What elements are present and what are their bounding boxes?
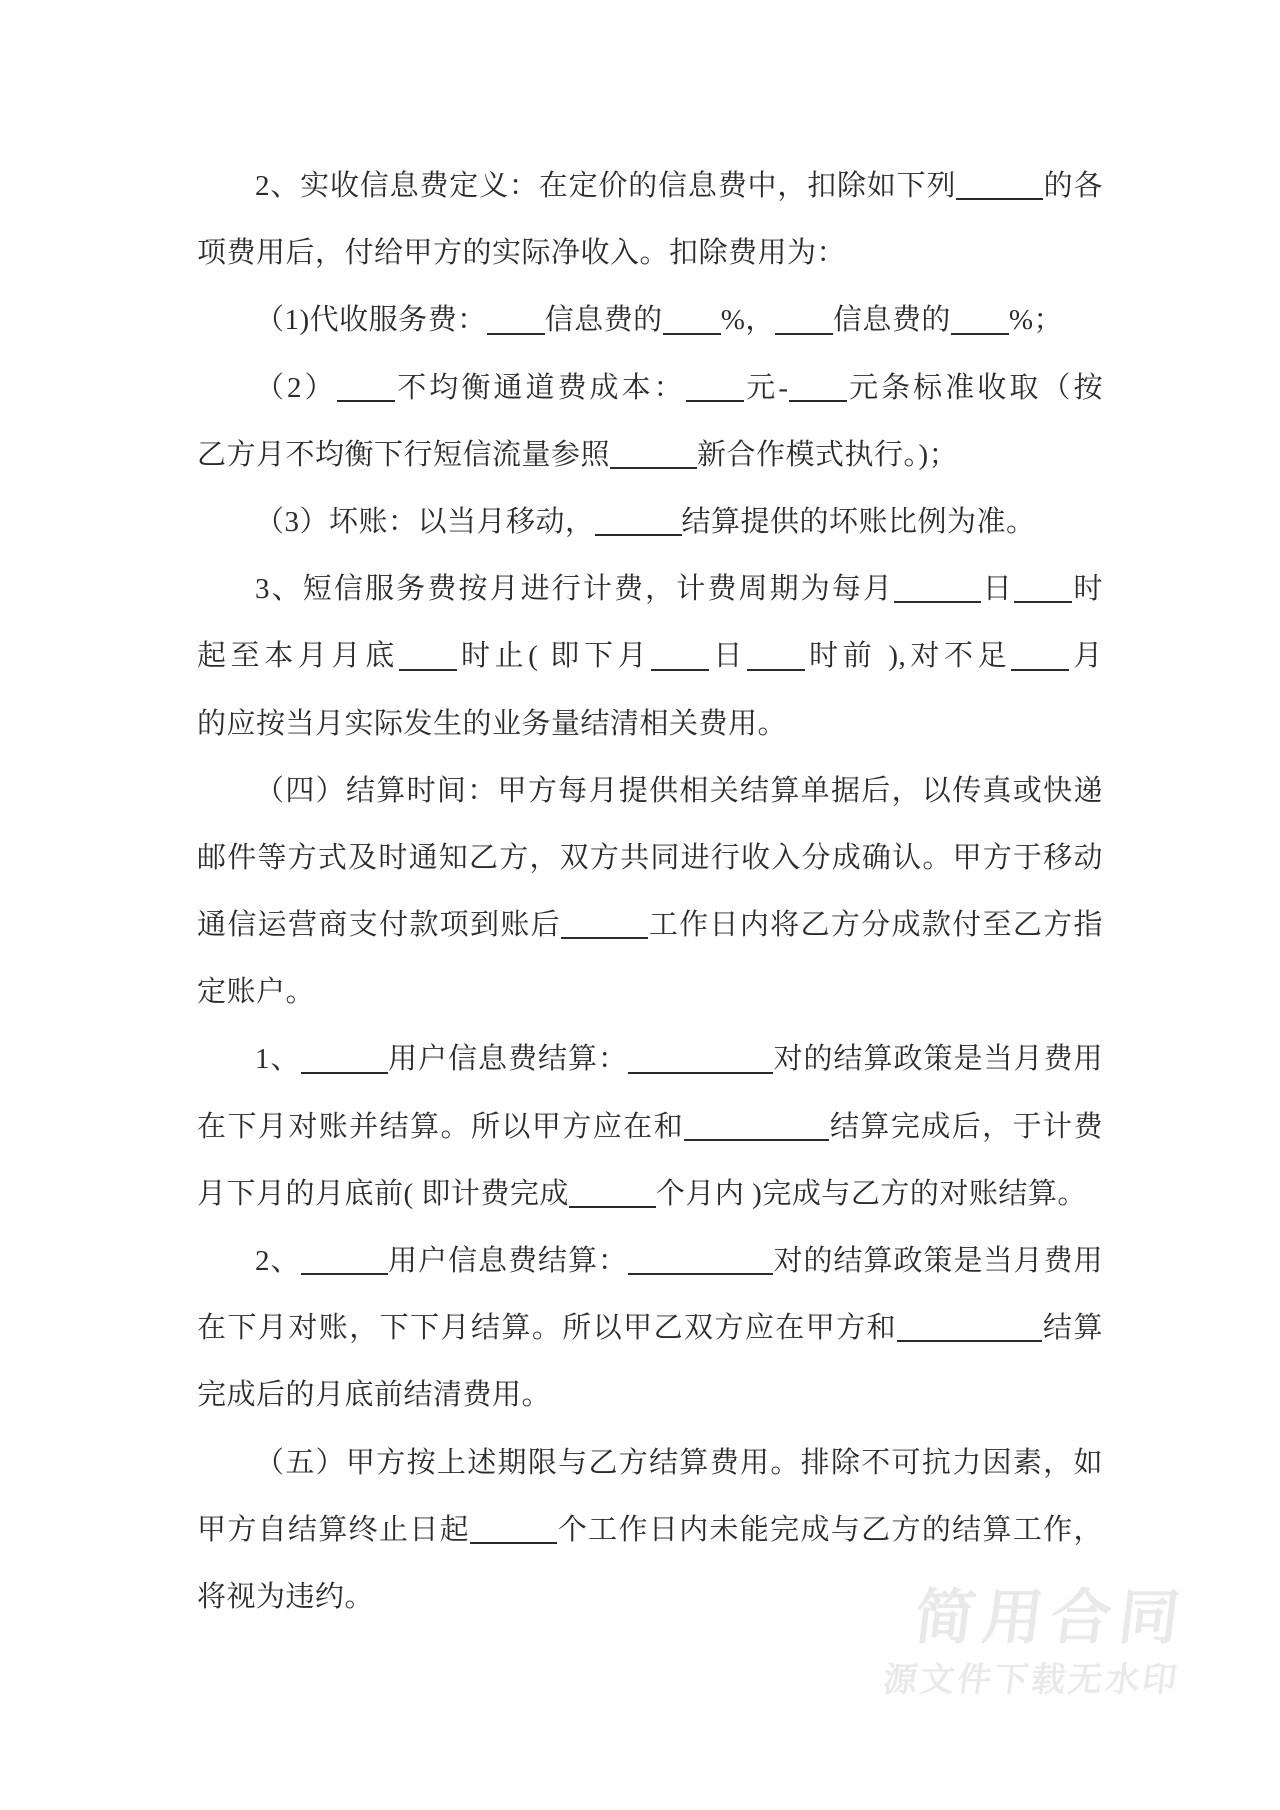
doc-line: 在下月对账并结算。所以甲方应在和结算完成后，于计费 bbox=[197, 1094, 1103, 1161]
doc-line: 完成后的月底前结清费用。 bbox=[197, 1362, 1103, 1429]
fill-in-blank bbox=[337, 371, 395, 402]
fill-in-blank bbox=[686, 371, 744, 402]
fill-in-blank bbox=[663, 304, 721, 335]
fill-in-blank bbox=[628, 1244, 773, 1275]
fill-in-blank bbox=[1014, 572, 1072, 603]
fill-in-blank bbox=[651, 640, 709, 671]
fill-in-blank bbox=[610, 438, 697, 469]
fill-in-blank bbox=[399, 640, 457, 671]
doc-line: （1)代收服务费：信息费的%，信息费的%； bbox=[197, 287, 1103, 354]
fill-in-blank bbox=[470, 1513, 557, 1544]
fill-in-blank bbox=[301, 1043, 388, 1074]
doc-line: 定账户。 bbox=[197, 959, 1103, 1026]
doc-line: 2、用户信息费结算：对的结算政策是当月费用 bbox=[197, 1228, 1103, 1295]
doc-line: 在下月对账，下下月结算。所以甲乙双方应在甲方和结算 bbox=[197, 1295, 1103, 1362]
fill-in-blank bbox=[747, 640, 805, 671]
fill-in-blank bbox=[897, 1311, 1042, 1342]
doc-line: 乙方月不均衡下行短信流量参照新合作模式执行。)； bbox=[197, 422, 1103, 489]
fill-in-blank bbox=[569, 1177, 656, 1208]
doc-line: 2、实收信息费定义：在定价的信息费中，扣除如下列的各 bbox=[197, 153, 1103, 220]
watermark-subtitle: 源文件下载无水印 bbox=[881, 1662, 1181, 1698]
fill-in-blank bbox=[956, 169, 1043, 200]
doc-line: 的应按当月实际发生的业务量结清相关费用。 bbox=[197, 691, 1103, 758]
contract-page-body: 2、实收信息费定义：在定价的信息费中，扣除如下列的各 项费用后，付给甲方的实际净… bbox=[197, 153, 1103, 1631]
doc-line: 起至本月月底时止( 即下月日时前 ),对不足月 bbox=[197, 623, 1103, 690]
fill-in-blank bbox=[628, 1043, 773, 1074]
doc-line: 1、用户信息费结算：对的结算政策是当月费用 bbox=[197, 1026, 1103, 1093]
fill-in-blank bbox=[951, 304, 1009, 335]
doc-line: （2）不均衡通道费成本：元-元条标准收取（按 bbox=[197, 355, 1103, 422]
doc-line: 通信运营商支付款项到账后工作日内将乙方分成款付至乙方指 bbox=[197, 892, 1103, 959]
doc-line: （四）结算时间：甲方每月提供相关结算单据后，以传真或快递 bbox=[197, 758, 1103, 825]
fill-in-blank bbox=[789, 371, 847, 402]
doc-line: 月下月的月底前( 即计费完成个月内 )完成与乙方的对账结算。 bbox=[197, 1161, 1103, 1228]
doc-line: （3）坏账：以当月移动，结算提供的坏账比例为准。 bbox=[197, 489, 1103, 556]
fill-in-blank bbox=[894, 572, 981, 603]
watermark-title: 简用合同 bbox=[887, 1586, 1191, 1650]
fill-in-blank bbox=[301, 1244, 388, 1275]
watermark: 简用合同 源文件下载无水印 bbox=[881, 1586, 1191, 1698]
fill-in-blank bbox=[487, 304, 545, 335]
fill-in-blank bbox=[595, 505, 682, 536]
fill-in-blank bbox=[561, 908, 648, 939]
doc-line: 甲方自结算终止日起个工作日内未能完成与乙方的结算工作， bbox=[197, 1497, 1103, 1564]
doc-line: 3、短信服务费按月进行计费，计费周期为每月日时 bbox=[197, 556, 1103, 623]
doc-line: 项费用后，付给甲方的实际净收入。扣除费用为： bbox=[197, 220, 1103, 287]
fill-in-blank bbox=[1011, 640, 1069, 671]
fill-in-blank bbox=[775, 304, 833, 335]
doc-line: 邮件等方式及时通知乙方，双方共同进行收入分成确认。甲方于移动 bbox=[197, 825, 1103, 892]
doc-line: （五）甲方按上述期限与乙方结算费用。排除不可抗力因素，如 bbox=[197, 1430, 1103, 1497]
fill-in-blank bbox=[684, 1110, 829, 1141]
